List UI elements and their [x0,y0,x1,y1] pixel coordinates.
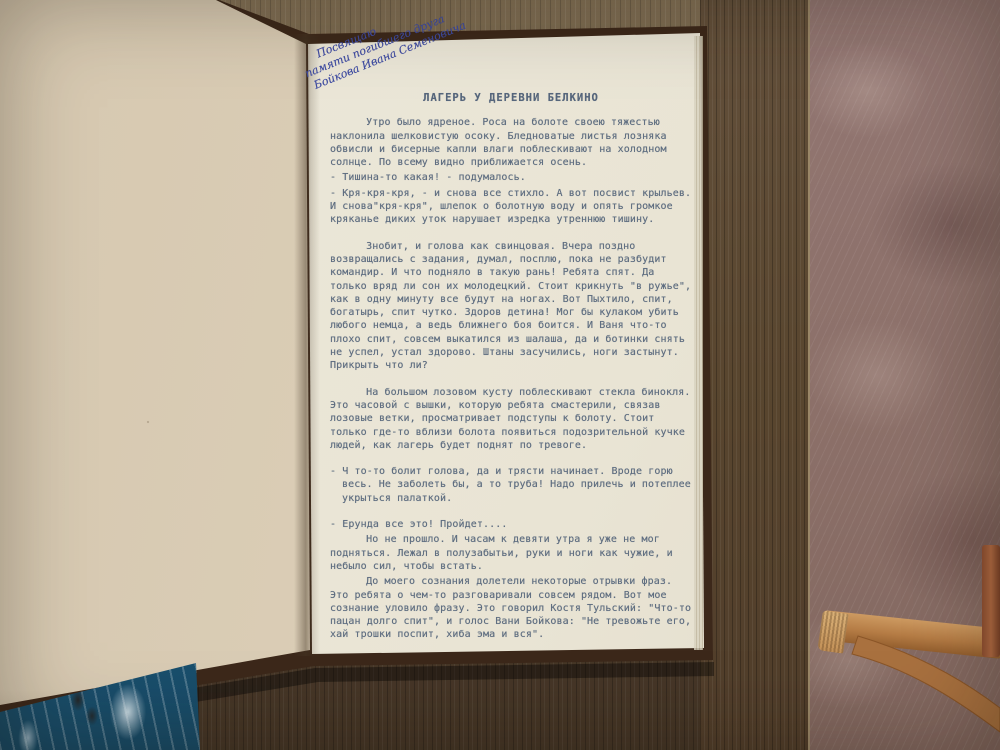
photo-of-open-book: Посвящаю памяти погибшего друга Бойкова … [0,0,1000,750]
typed-paragraph: - Кря-кря-кря, - и снова все стихло. А в… [330,187,692,227]
typed-paragraph: - Тишина-то какая! - подумалось. [330,171,692,184]
typed-paragraph: На большом лозовом кусту поблескивают ст… [330,386,692,452]
typed-paragraph: Утро было ядреное. Роса на болоте своею … [330,116,692,169]
typed-paragraphs: Утро было ядреное. Роса на болоте своею … [330,116,692,641]
chair-leg-post [982,545,1000,657]
typed-paragraph: Но не прошло. И часам к девяти утра я уж… [330,533,692,573]
typed-paragraph: Знобит, и голова как свинцовая. Вчера по… [330,240,692,373]
page-title: ЛАГЕРЬ У ДЕРЕВНИ БЕЛКИНО [330,92,692,105]
typed-paragraph: - Ерунда все это! Пройдет.... [330,518,692,531]
typed-paragraph: До моего сознания долетели некоторые отр… [330,575,692,641]
typed-text-block: ЛАГЕРЬ У ДЕРЕВНИ БЕЛКИНО Утро было ядрен… [330,92,692,642]
typed-paragraph: - Ч то-то болит голова, да и трясти начи… [330,465,692,505]
